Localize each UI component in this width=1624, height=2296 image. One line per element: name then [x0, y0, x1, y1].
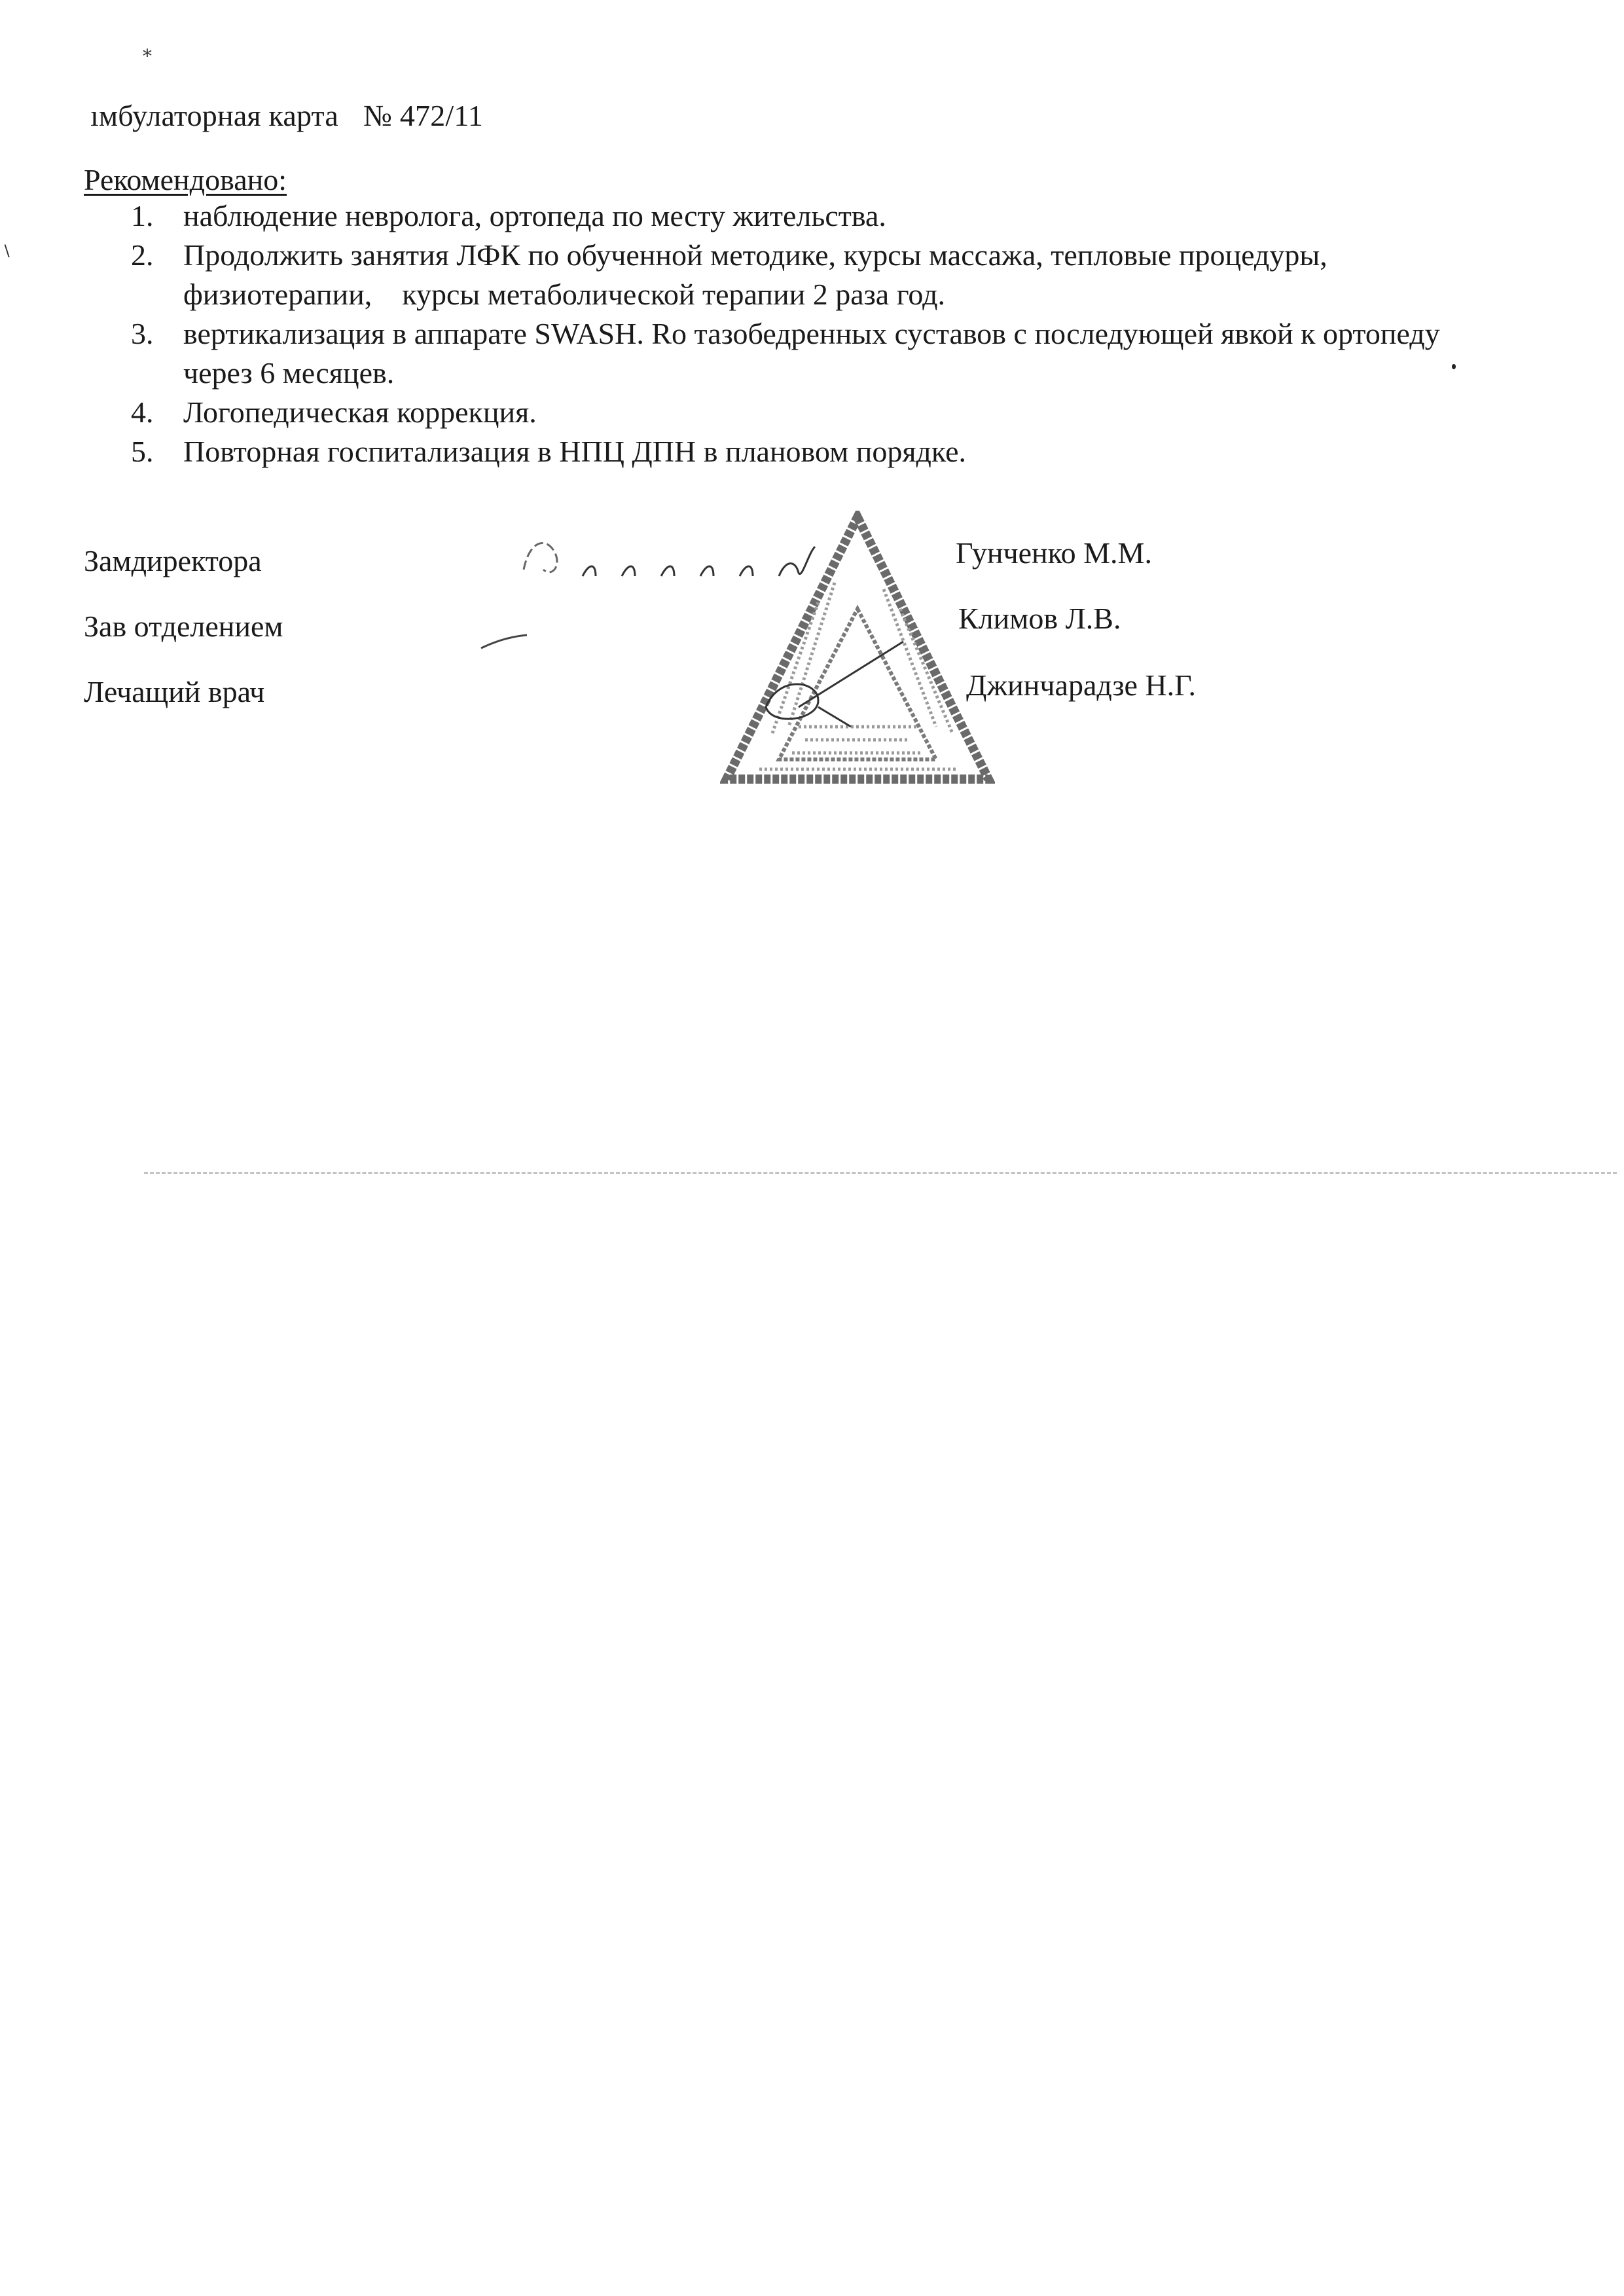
signatory-name: Климов Л.В.: [958, 601, 1121, 636]
item-number: 3.: [131, 314, 154, 354]
signatory-role: Зав отделением: [84, 609, 283, 644]
triangle-stamp-icon: [720, 511, 995, 786]
recommendation-item: 3. вертикализация в аппарате SWASH. Ro т…: [131, 314, 1506, 393]
recommendations-list: 1. наблюдение невролога, ортопеда по мес…: [131, 196, 1506, 471]
scan-speck: ⁎: [143, 39, 152, 62]
signatory-name: Гунченко М.М.: [956, 536, 1152, 570]
scan-speck: ∖: [1, 242, 11, 261]
item-text: Повторная госпитализация в НПЦ ДПН в пла…: [183, 435, 966, 468]
item-number: 4.: [131, 393, 154, 432]
card-title: ıмбулаторная карта: [90, 99, 338, 132]
recommended-heading: Рекомендовано:: [84, 162, 287, 197]
signatory-role: Замдиректора: [84, 543, 262, 578]
recommendation-item: 1. наблюдение невролога, ортопеда по мес…: [131, 196, 1506, 236]
recommendation-item: 2. Продолжить занятия ЛФК по обученной м…: [131, 236, 1506, 314]
item-number: 5.: [131, 432, 154, 471]
document-title: ıмбулаторная карта№ 472/11: [90, 98, 483, 133]
document-page: ⁎ ∖ ıмбулаторная карта№ 472/11 Рекомендо…: [0, 0, 1624, 2296]
recommendation-item: 4. Логопедическая коррекция.: [131, 393, 1506, 432]
signature-stroke-icon: [478, 632, 530, 651]
item-text: Продолжить занятия ЛФК по обученной мето…: [183, 238, 1327, 311]
signatory-name: Джинчарадзе Н.Г.: [966, 668, 1196, 702]
scan-fold-line: [144, 1172, 1617, 1174]
card-number: № 472/11: [363, 99, 483, 132]
item-text: вертикализация в аппарате SWASH. Ro тазо…: [183, 317, 1440, 390]
recommendation-item: 5. Повторная госпитализация в НПЦ ДПН в …: [131, 432, 1506, 471]
signatory-role: Лечащий врач: [84, 674, 264, 709]
item-text: Логопедическая коррекция.: [183, 395, 537, 429]
item-number: 1.: [131, 196, 154, 236]
item-text: наблюдение невролога, ортопеда по месту …: [183, 199, 886, 232]
item-number: 2.: [131, 236, 154, 275]
